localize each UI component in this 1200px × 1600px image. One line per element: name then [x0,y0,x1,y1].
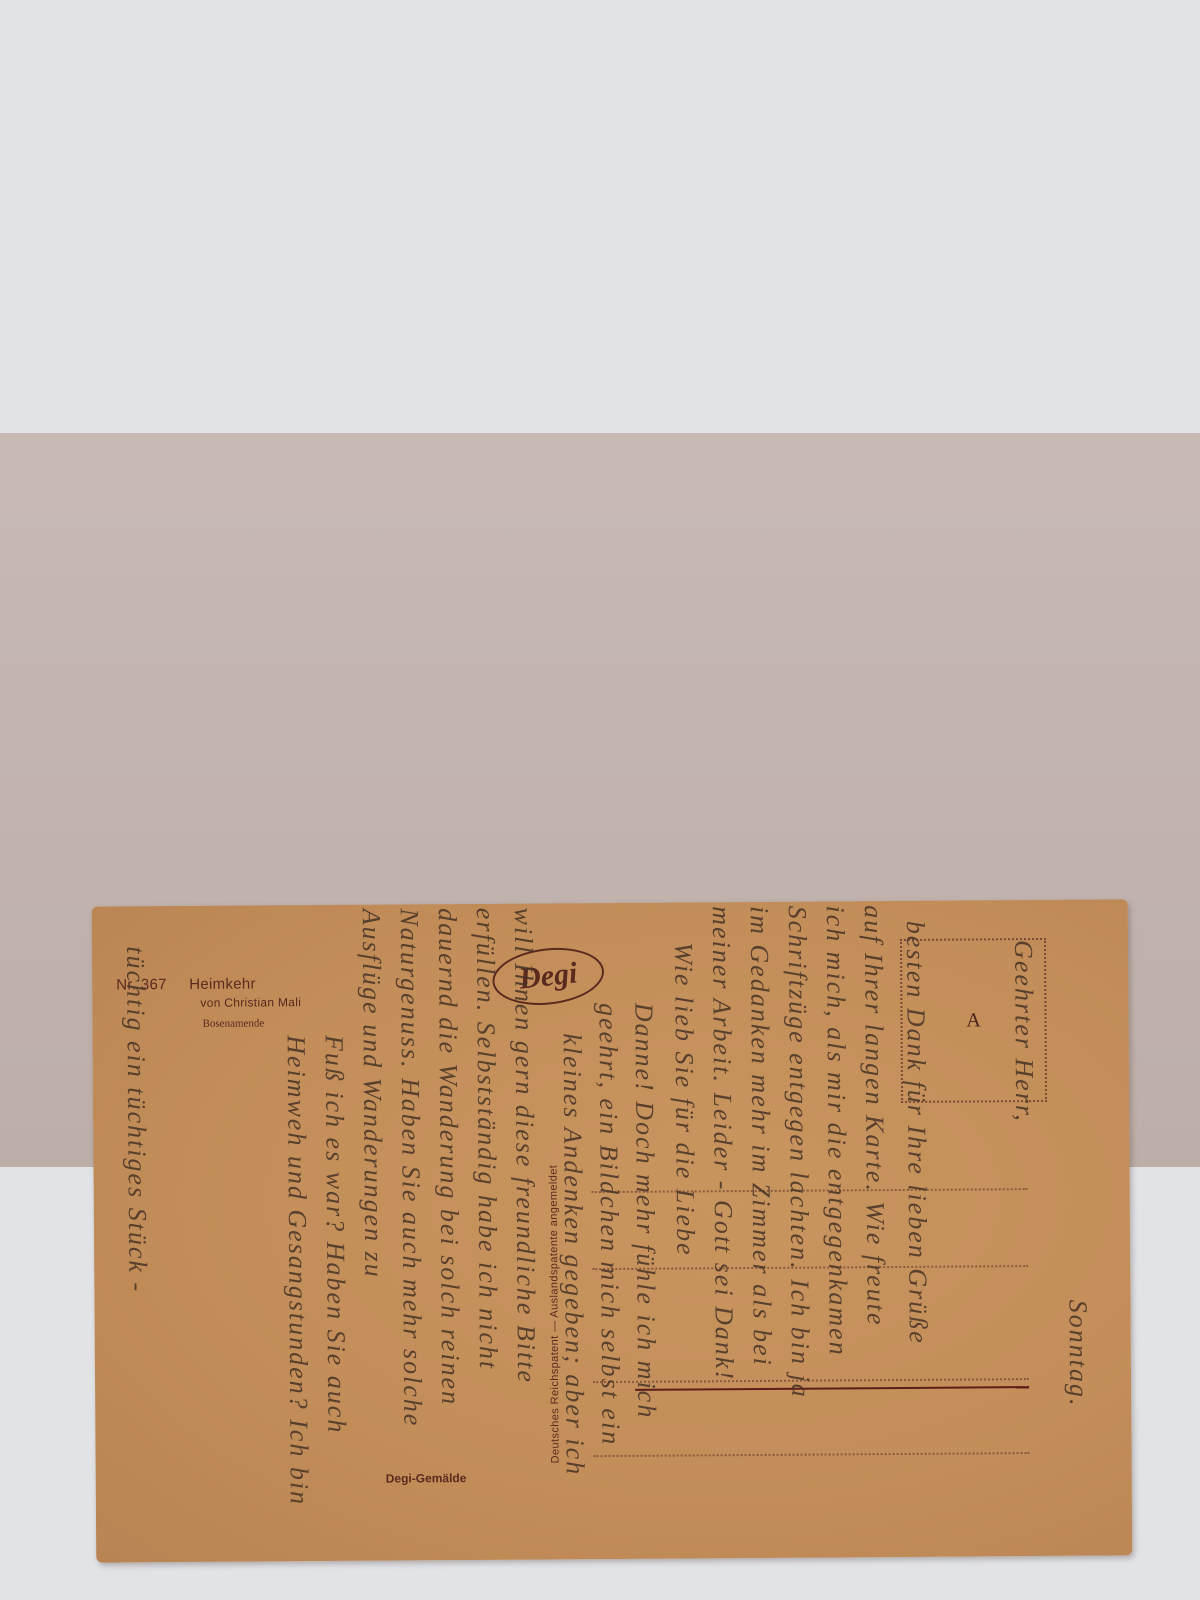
handwriting-line: im Gedanken mehr im Zimmer als bei [744,906,777,1367]
handwriting-line: meiner Arbeit. Leider - Gott sei Dank! [706,906,739,1381]
handwriting-line: kleines Andenken gegeben; aber ich [557,1033,590,1476]
artist-byline: von Christian Mali [200,995,301,1010]
address-line [594,1452,1030,1457]
handwriting-line: Sonntag. [1062,1300,1093,1408]
handwriting-line: Heimweh und Gesangstunden? Ich bin [281,1035,314,1506]
handwriting-line: Geehrter Herr, [1008,940,1039,1123]
postcard: Nr. 367 Heimkehr von Christian Mali Bose… [92,899,1133,1562]
stamp-box-label: A [966,1009,981,1032]
handwriting-line: ich mich, als mir die entgegenkamen [820,905,853,1356]
address-underline [635,1386,1029,1391]
handwriting-line: Ausflüge und Wanderungen zu [356,909,389,1279]
handwriting-line: besten Dank für Ihre lieben Grüße [900,921,933,1345]
handwriting-line: will Ihnen gern diese freundliche Bitte [508,908,541,1385]
handwriting-line: Fuß ich es war? Haben Sie auch [319,1035,352,1435]
footer-brand: Degi-Gemälde [386,1471,467,1486]
handwriting-line: tüchtig ein tüchtiges Stück - [120,946,152,1293]
handwriting-line: Wie lieb Sie für die Liebe [668,942,700,1256]
photo-background: Nr. 367 Heimkehr von Christian Mali Bose… [0,433,1200,1167]
card-title: Heimkehr [189,975,256,992]
handwriting-line: auf Ihrer langen Karte. Wie freute [858,905,891,1327]
handwriting-line: geehrt, ein Bildchen mich selbst ein [592,1003,625,1446]
handwriting-line: erfüllen. Selbstständig habe ich nicht [470,908,503,1371]
series-label: Bosenamende [203,1017,265,1029]
handwriting-line: Schriftzüge entgegen lachten. Ich bin ja [782,906,815,1399]
handwriting-line: dauernd die Wanderung bei solch reinen [432,908,465,1406]
handwriting-line: Danne! Doch mehr fühle ich mich [628,1003,661,1420]
handwriting-line: Naturgenuss. Haben Sie auch mehr solche [394,908,428,1427]
